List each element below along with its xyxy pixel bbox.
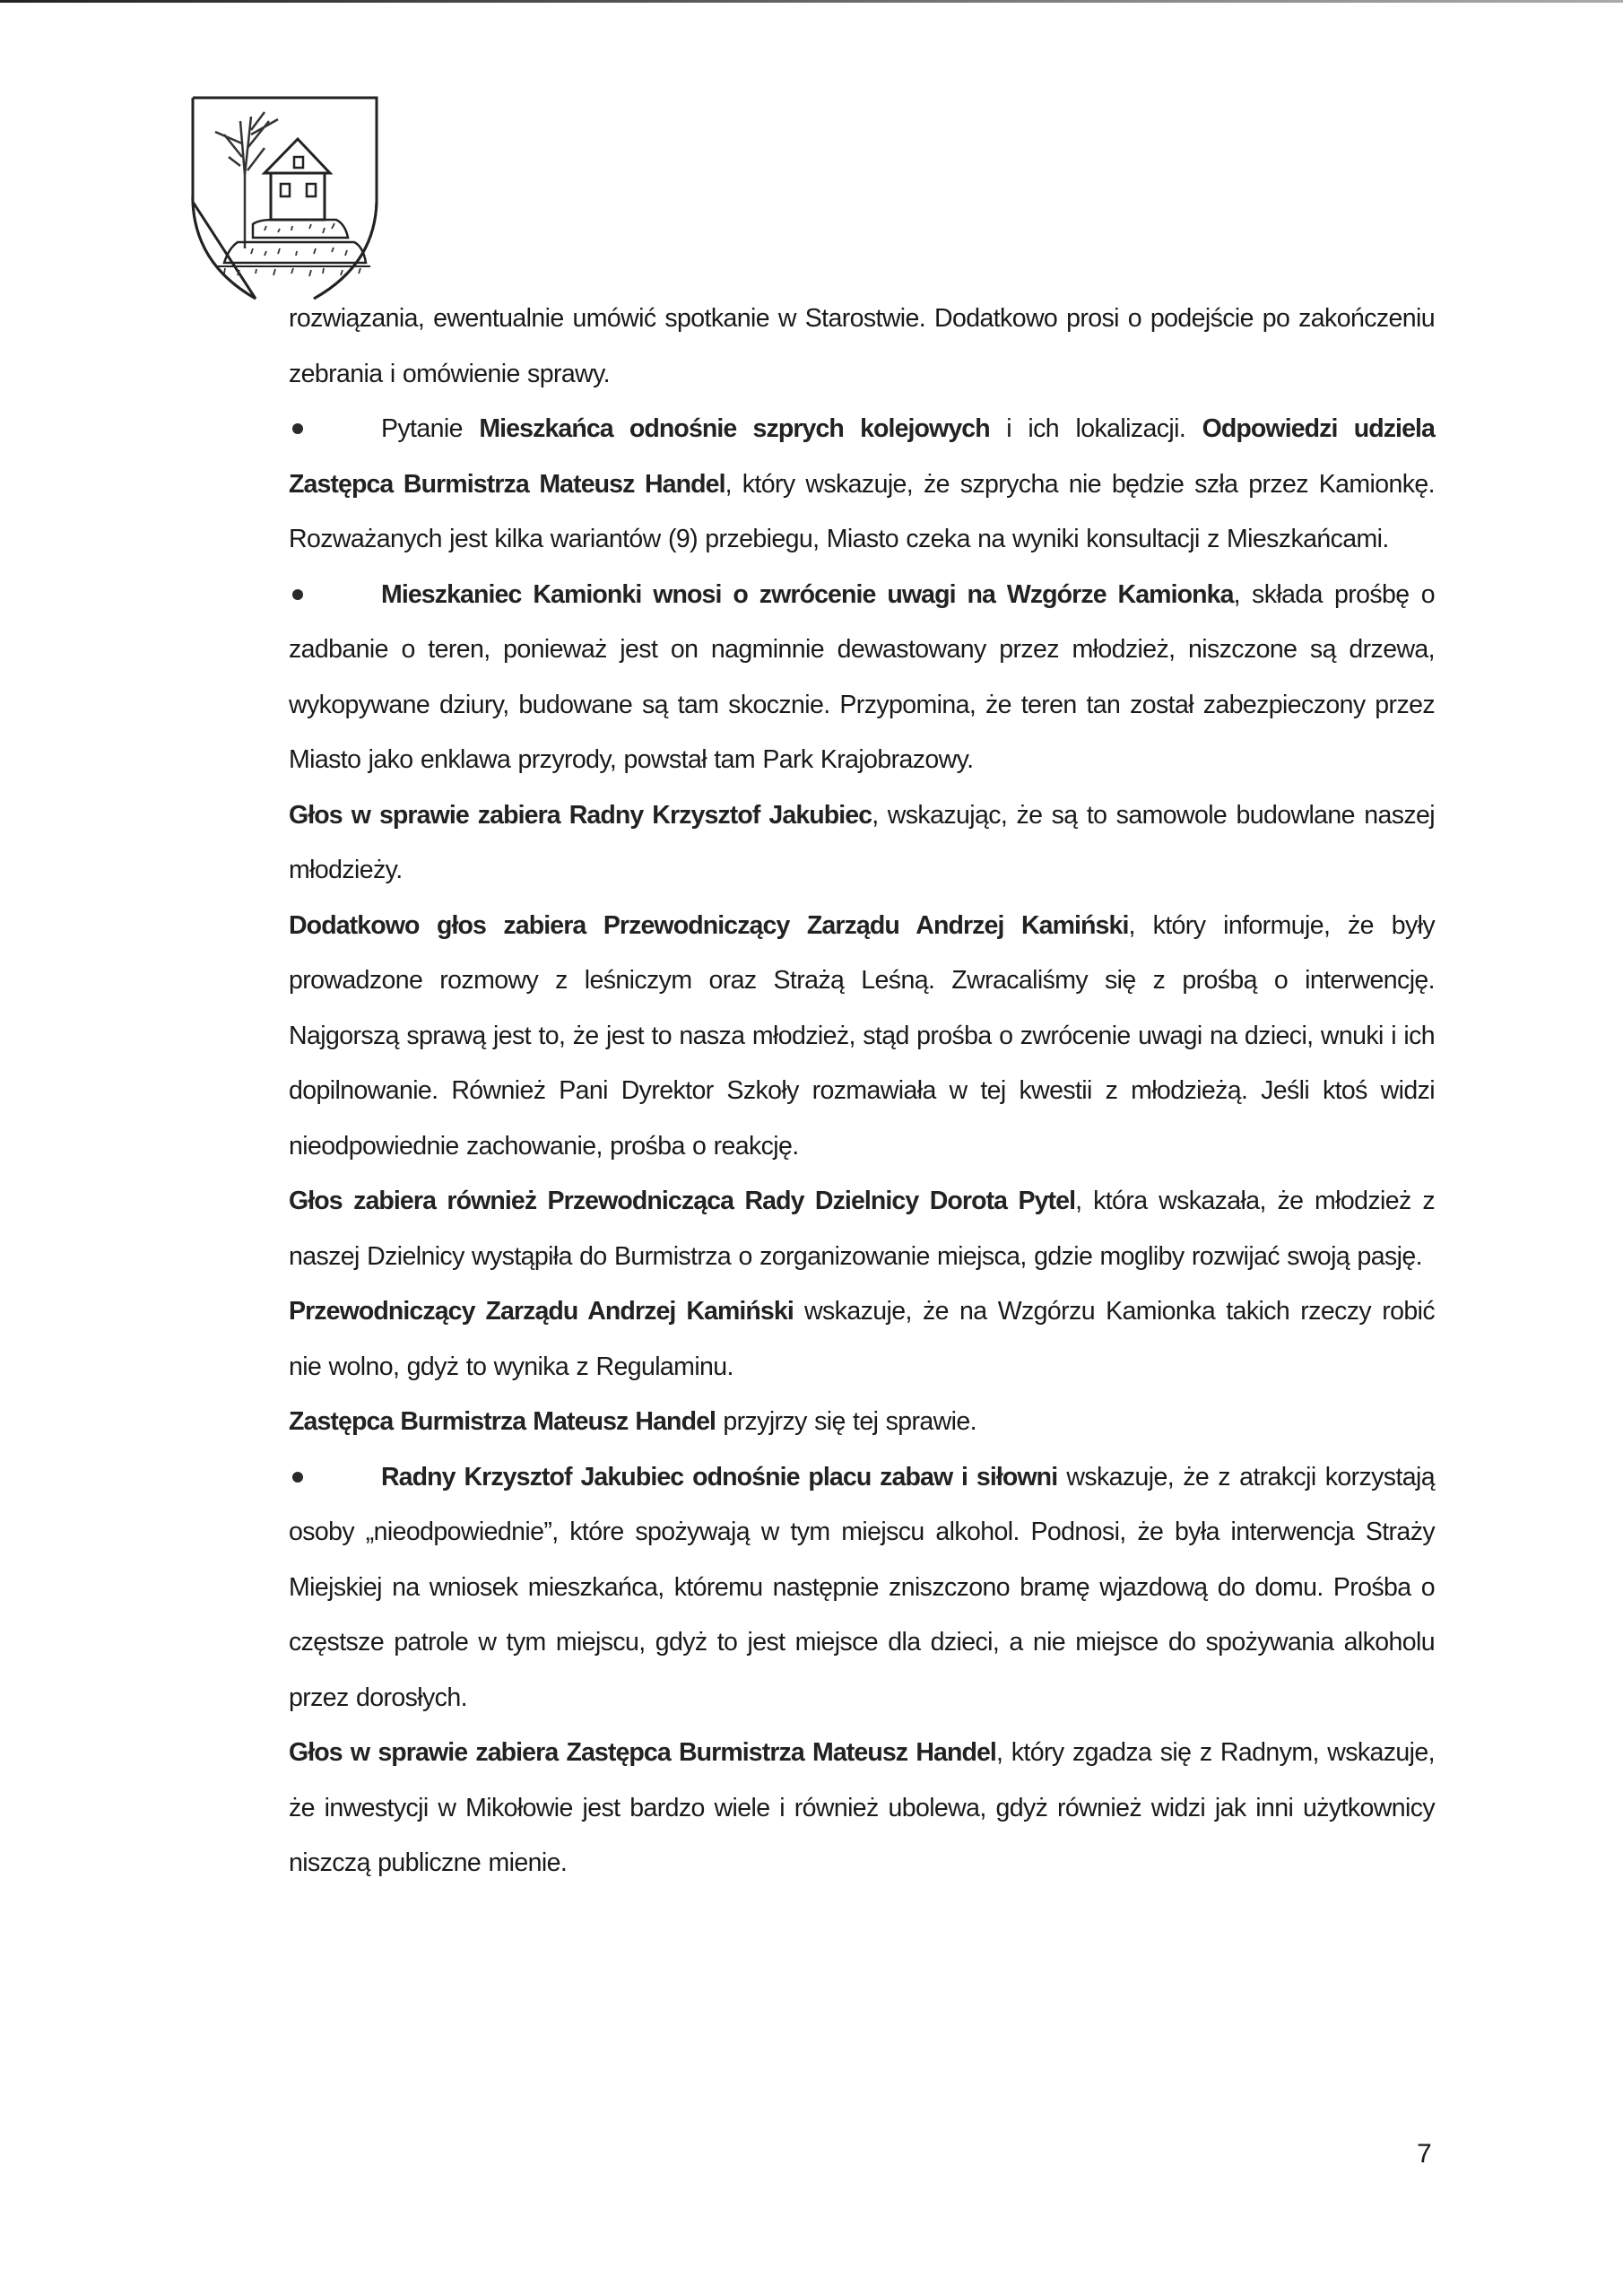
bullet-icon	[292, 423, 303, 434]
bullet-paragraph: Pytanie Mieszkańca odnośnie szprych kole…	[289, 402, 1435, 568]
scan-top-border	[0, 0, 1623, 3]
text: i ich lokalizacji.	[990, 414, 1202, 443]
page-number: 7	[1417, 2139, 1432, 2170]
bold-text: Radny Krzysztof Jakubiec odnośnie placu …	[381, 1463, 1057, 1492]
text: przyjrzy się tej sprawie.	[716, 1407, 976, 1436]
paragraph: Zastępca Burmistrza Mateusz Handel przyj…	[289, 1395, 1435, 1450]
paragraph: Przewodniczący Zarządu Andrzej Kamiński …	[289, 1284, 1435, 1395]
bold-text: Mieszkaniec Kamionki wnosi o zwrócenie u…	[381, 580, 1234, 609]
bold-text: Głos zabiera również Przewodnicząca Rady…	[289, 1187, 1075, 1215]
text: , który informuje, że były prowadzone ro…	[289, 911, 1435, 1161]
text: wskazuje, że z atrakcji korzystają osoby…	[289, 1463, 1435, 1712]
bullet-icon	[292, 1472, 303, 1483]
document-body: rozwiązania, ewentualnie umówić spotkani…	[289, 291, 1435, 1892]
bold-text: Głos w sprawie zabiera Radny Krzysztof J…	[289, 801, 872, 830]
bold-text: Głos w sprawie zabiera Zastępca Burmistr…	[289, 1738, 996, 1767]
paragraph: Głos w sprawie zabiera Radny Krzysztof J…	[289, 788, 1435, 899]
bullet-paragraph: Mieszkaniec Kamionki wnosi o zwrócenie u…	[289, 568, 1435, 788]
bullet-icon	[292, 589, 303, 600]
paragraph: rozwiązania, ewentualnie umówić spotkani…	[289, 291, 1435, 402]
text: Pytanie	[381, 414, 479, 443]
bold-text: Mieszkańca odnośnie szprych kolejowych	[479, 414, 989, 443]
bold-text: Przewodniczący Zarządu Andrzej Kamiński	[289, 1297, 794, 1326]
bold-text: Dodatkowo głos zabiera Przewodniczący Za…	[289, 911, 1128, 940]
text: rozwiązania, ewentualnie umówić spotkani…	[289, 304, 1435, 388]
coat-of-arms-icon	[188, 94, 381, 309]
bold-text: Zastępca Burmistrza Mateusz Handel	[289, 1407, 716, 1436]
bullet-paragraph: Radny Krzysztof Jakubiec odnośnie placu …	[289, 1450, 1435, 1726]
paragraph: Dodatkowo głos zabiera Przewodniczący Za…	[289, 899, 1435, 1175]
paragraph: Głos zabiera również Przewodnicząca Rady…	[289, 1174, 1435, 1284]
paragraph: Głos w sprawie zabiera Zastępca Burmistr…	[289, 1726, 1435, 1892]
